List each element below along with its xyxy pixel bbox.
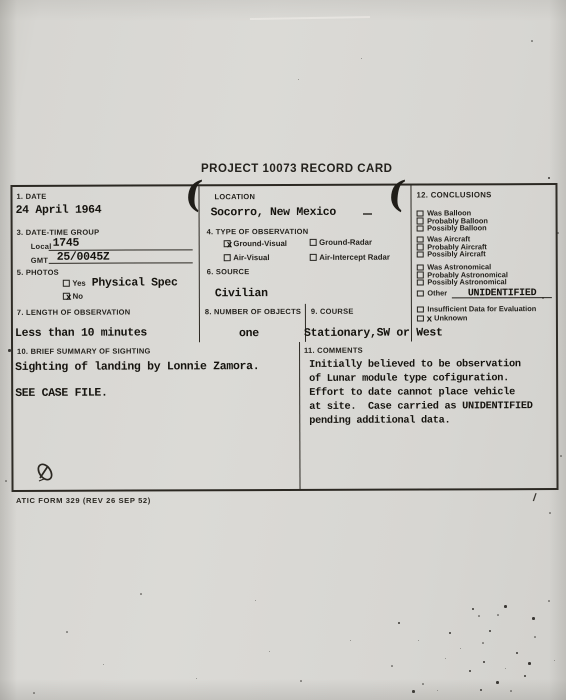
date-value: 24 April 1964 xyxy=(16,204,102,217)
checkbox-icon xyxy=(310,254,317,261)
dust-speck xyxy=(269,651,270,652)
dust-speck xyxy=(549,512,551,514)
dust-speck xyxy=(300,680,302,682)
conclusion-other-row: Other UNIDENTIFIED xyxy=(417,288,552,298)
conclusion-item: Possibly Astronomical xyxy=(417,278,508,286)
location-label: LOCATION xyxy=(214,192,255,201)
comments-line: of Lunar module type cofiguration. xyxy=(309,371,532,386)
record-card: 1. DATE 24 April 1964 LOCATION Socorro, … xyxy=(10,183,558,492)
dust-speck xyxy=(5,480,7,482)
local-value: 1745 xyxy=(53,237,79,250)
length-of-observation-value: Less than 10 minutes xyxy=(15,326,147,339)
dust-speck xyxy=(103,664,104,665)
dust-speck xyxy=(140,593,142,595)
dust-speck xyxy=(497,614,499,616)
comments-line: at site. Case carried as UNIDENTIFIED xyxy=(309,399,532,414)
grid-line xyxy=(299,342,301,489)
comments-label: 11. COMMENTS xyxy=(304,346,363,355)
dust-speck xyxy=(460,648,461,649)
dust-speck xyxy=(483,661,485,663)
photos-yes-label: Yes xyxy=(72,279,85,288)
option-label: Ground-Radar xyxy=(319,238,372,247)
dust-speck xyxy=(418,640,419,641)
conclusion-label: Possibly Astronomical xyxy=(427,278,506,286)
checkbox-icon xyxy=(417,279,424,286)
photos-yes-note: Physical Spec xyxy=(92,276,178,289)
gmt-value: 25/0045Z xyxy=(57,250,110,263)
option-air-visual: Air-Visual xyxy=(224,253,270,262)
check-x-mark: x xyxy=(227,239,233,250)
checkbox-icon xyxy=(417,306,424,313)
dust-speck xyxy=(445,658,446,659)
dust-speck xyxy=(560,455,562,457)
photos-no-row: xNo xyxy=(63,291,83,302)
date-label: 1. DATE xyxy=(16,192,46,201)
course-label: 9. COURSE xyxy=(311,307,354,316)
option-label: Ground-Visual xyxy=(233,239,287,248)
comments-line: pending additional data. xyxy=(309,413,532,428)
checkbox-icon xyxy=(63,280,70,287)
checkbox-icon xyxy=(417,244,424,251)
checkbox-icon xyxy=(417,225,424,232)
conclusion-insufficient-row: Insufficient Data for Evaluation xyxy=(417,305,536,313)
conclusion-unknown-label: Unknown xyxy=(434,314,467,322)
conclusion-unknown-row: x Unknown xyxy=(417,314,467,322)
check-x-mark: x xyxy=(426,315,432,323)
dust-speck xyxy=(489,630,491,632)
dust-speck xyxy=(33,692,35,694)
form-title: PROJECT 10073 RECORD CARD xyxy=(201,163,392,175)
dust-speck xyxy=(532,617,535,620)
conclusion-other-label: Other xyxy=(427,289,447,297)
conclusion-label: Possibly Aircraft xyxy=(427,250,485,258)
conclusions-astronomical-group: Was Astronomical Probably Astronomical P… xyxy=(417,263,508,286)
dust-speck xyxy=(437,690,438,691)
dust-speck xyxy=(350,640,351,641)
dust-speck xyxy=(469,670,471,672)
dust-speck xyxy=(398,622,400,624)
dust-speck xyxy=(516,652,518,654)
dust-speck xyxy=(531,40,533,42)
pen-dash-mark xyxy=(363,213,372,215)
dust-speck xyxy=(548,600,550,602)
date-time-group-label: 3. DATE-TIME GROUP xyxy=(17,228,100,237)
checkbox-icon xyxy=(417,251,424,258)
brief-summary-line1: Sighting of landing by Lonnie Zamora. xyxy=(15,360,259,374)
dust-speck xyxy=(528,662,531,665)
photos-no-label: No xyxy=(73,292,83,301)
conclusion-item: Possibly Balloon xyxy=(417,224,488,232)
brief-summary-line2: SEE CASE FILE. xyxy=(15,387,107,400)
checkbox-icon xyxy=(417,315,424,322)
number-of-objects-value: one xyxy=(239,327,259,340)
checkbox-icon xyxy=(417,218,424,225)
comments-line: Initially believed to be observation xyxy=(309,357,532,372)
dust-speck xyxy=(510,690,512,692)
dust-speck xyxy=(196,678,197,679)
pen-squiggle-mark xyxy=(35,460,55,486)
conclusions-label: 12. CONCLUSIONS xyxy=(416,190,491,199)
comments-line: Effort to date cannot place vehicle xyxy=(309,385,532,400)
dust-speck xyxy=(391,665,393,667)
form-number: ATIC FORM 329 (REV 26 SEP 52) xyxy=(16,496,151,505)
grid-line xyxy=(13,224,411,225)
number-of-objects-label: 8. NUMBER OF OBJECTS xyxy=(205,307,301,316)
conclusions-section: 12. CONCLUSIONS Was Balloon Probably Bal… xyxy=(410,185,554,341)
checkbox-icon xyxy=(310,239,317,246)
dust-speck xyxy=(66,631,68,633)
dust-speck xyxy=(422,683,424,685)
dust-speck xyxy=(412,690,415,693)
check-x-mark: x xyxy=(66,291,72,302)
dust-speck xyxy=(255,600,256,601)
dust-speck xyxy=(524,675,526,677)
gmt-label: GMT xyxy=(31,255,48,264)
dust-speck xyxy=(449,632,451,634)
location-value: Socorro, New Mexico xyxy=(211,206,336,219)
conclusion-label: Possibly Balloon xyxy=(427,224,487,232)
length-of-observation-label: 7. LENGTH OF OBSERVATION xyxy=(17,308,131,317)
dust-speck xyxy=(361,58,362,59)
option-label: Air-Visual xyxy=(233,253,269,262)
brief-summary-label: 10. BRIEF SUMMARY OF SIGHTING xyxy=(17,346,151,355)
checkbox-icon xyxy=(417,290,424,297)
type-of-observation-label: 4. TYPE OF OBSERVATION xyxy=(207,227,309,236)
source-label: 6. SOURCE xyxy=(207,267,250,276)
dust-speck xyxy=(505,668,506,669)
dust-speck xyxy=(548,177,550,179)
conclusions-aircraft-group: Was Aircraft Probably Aircraft Possibly … xyxy=(417,235,487,258)
course-value: Stationary,SW or West xyxy=(304,326,443,339)
other-typed-value: UNIDENTIFIED xyxy=(468,288,536,299)
dust-speck xyxy=(482,642,484,644)
option-air-intercept-radar: Air-Intercept Radar xyxy=(310,253,390,262)
local-label: Local xyxy=(31,242,52,251)
dust-speck xyxy=(478,615,480,617)
grid-line xyxy=(13,304,411,305)
paper-scratch xyxy=(250,16,370,20)
source-value: Civilian xyxy=(215,287,268,300)
photos-yes-row: YesPhysical Spec xyxy=(63,276,178,289)
other-fill-line: UNIDENTIFIED xyxy=(452,288,552,298)
dust-speck xyxy=(472,608,474,610)
dust-speck xyxy=(504,605,507,608)
comments-text: Initially believed to be observation of … xyxy=(309,357,533,428)
conclusion-item: Possibly Aircraft xyxy=(417,250,487,258)
checkbox-icon xyxy=(224,254,231,261)
pen-slash-mark: / xyxy=(532,492,537,504)
dust-speck xyxy=(496,681,499,684)
photos-label: 5. PHOTOS xyxy=(17,268,59,277)
checkbox-icon xyxy=(417,210,424,217)
checkbox-icon xyxy=(417,264,424,271)
conclusion-insufficient-label: Insufficient Data for Evaluation xyxy=(427,305,536,313)
option-label: Air-Intercept Radar xyxy=(319,253,390,262)
option-ground-radar: Ground-Radar xyxy=(310,238,372,247)
option-ground-visual: xGround-Visual xyxy=(224,238,287,249)
dust-speck xyxy=(534,636,536,638)
checkbox-icon xyxy=(417,272,424,279)
dust-speck xyxy=(480,689,482,691)
checkbox-icon xyxy=(417,236,424,243)
dust-speck xyxy=(298,79,299,80)
dust-speck xyxy=(554,660,555,661)
conclusions-balloon-group: Was Balloon Probably Balloon Possibly Ba… xyxy=(417,209,488,232)
